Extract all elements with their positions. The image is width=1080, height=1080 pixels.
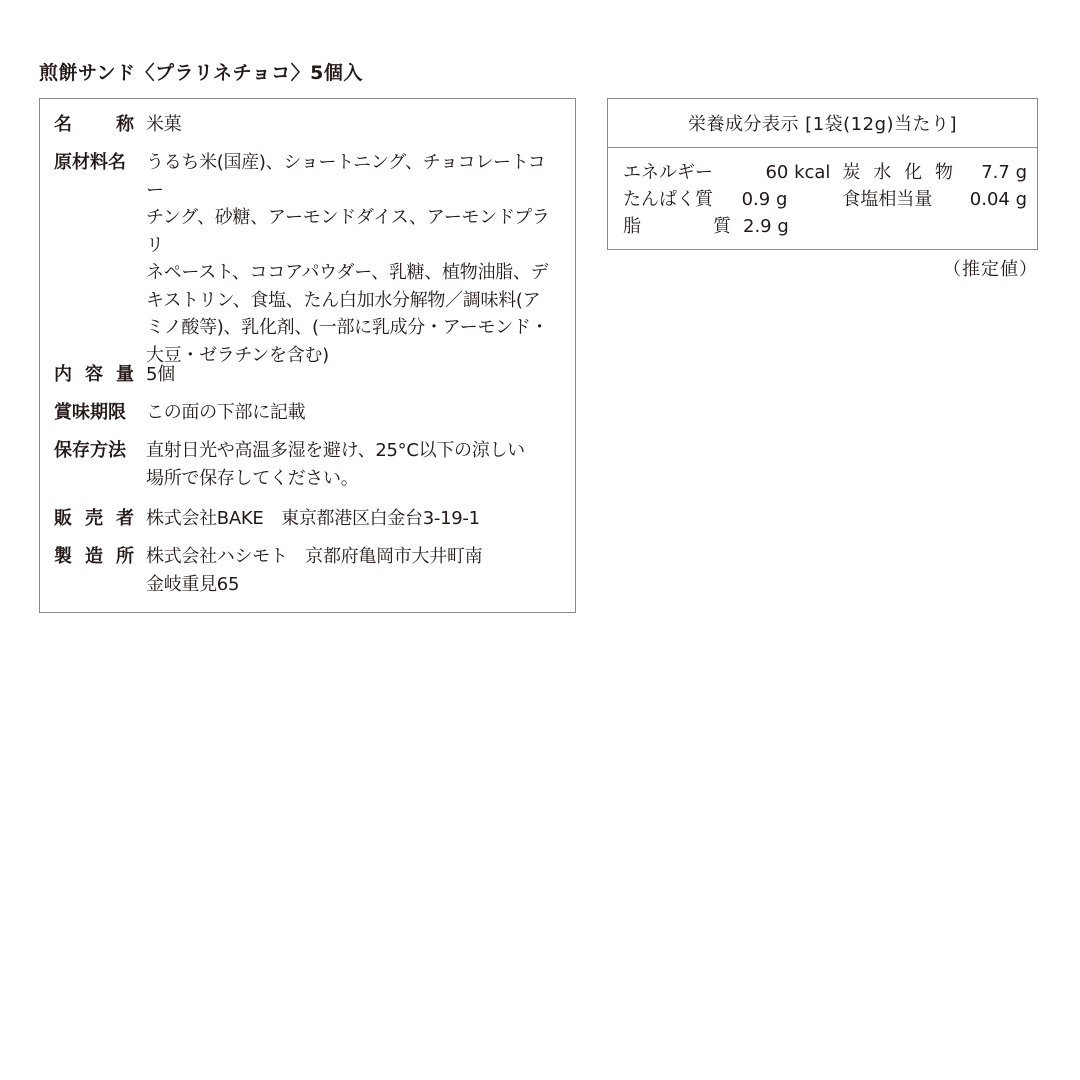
nutrient-label: たんぱく質 <box>623 186 730 213</box>
label-value: 米菓 <box>146 111 563 139</box>
nutrition-row-fat: 脂 質 2.9 g <box>623 213 1027 240</box>
label-key: 賞味期限 <box>54 399 134 427</box>
label-key: 保存方法 <box>54 437 134 492</box>
label-key: 製 造 所 <box>54 543 134 598</box>
nutrient-value: 7.7 g <box>953 159 1027 186</box>
label-row-storage: 保存方法 直射日光や高温多湿を避け、25°C以下の涼しい 場所で保存してください… <box>54 437 563 492</box>
product-title: 煎餅サンド〈プラリネチョコ〉5個入 <box>39 58 363 85</box>
nutrition-row-protein: たんぱく質 0.9 g 食塩相当量 0.04 g <box>623 186 1027 213</box>
nutrient-value: 0.9 g <box>742 186 831 213</box>
label-row-seller: 販 売 者 株式会社BAKE 東京都港区白金台3-19-1 <box>54 505 563 533</box>
label-key: 名 称 <box>54 111 134 139</box>
nutrition-facts-table: 栄養成分表示 [1袋(12g)当たり] エネルギー 60 kcal 炭 水 化 … <box>607 98 1038 250</box>
nutrition-header: 栄養成分表示 [1袋(12g)当たり] <box>608 99 1037 148</box>
nutrient-label: 炭 水 化 物 <box>842 159 953 186</box>
label-value: 株式会社ハシモト 京都府亀岡市大井町南 金岐重見65 <box>146 543 563 598</box>
label-row-name: 名 称 米菓 <box>54 111 563 139</box>
label-value: 5個 <box>146 361 563 389</box>
label-key: 販 売 者 <box>54 505 134 533</box>
label-value: うるち米(国産)、ショートニング、チョコレートコー チング、砂糖、アーモンドダイ… <box>146 149 563 369</box>
label-value: 直射日光や高温多湿を避け、25°C以下の涼しい 場所で保存してください。 <box>146 437 563 492</box>
product-label-table: 名 称 米菓 原材料名 うるち米(国産)、ショートニング、チョコレートコー チン… <box>39 98 576 613</box>
label-key: 原材料名 <box>54 149 134 369</box>
nutrition-body: エネルギー 60 kcal 炭 水 化 物 7.7 g たんぱく質 0.9 g … <box>623 159 1027 240</box>
nutrient-label: 食塩相当量 <box>842 186 953 213</box>
label-row-best-before: 賞味期限 この面の下部に記載 <box>54 399 563 427</box>
nutrient-label: 脂 質 <box>623 213 731 240</box>
estimated-value-note: （推定値） <box>943 255 1038 281</box>
nutrient-label: エネルギー <box>623 159 730 186</box>
nutrient-value: 2.9 g <box>743 213 833 240</box>
nutrient-value: 0.04 g <box>953 186 1027 213</box>
label-value: 株式会社BAKE 東京都港区白金台3-19-1 <box>146 505 563 533</box>
label-row-quantity: 内 容 量 5個 <box>54 361 563 389</box>
label-value: この面の下部に記載 <box>146 399 563 427</box>
label-row-ingredients: 原材料名 うるち米(国産)、ショートニング、チョコレートコー チング、砂糖、アー… <box>54 149 563 369</box>
label-key: 内 容 量 <box>54 361 134 389</box>
nutrient-value: 60 kcal <box>742 159 831 186</box>
label-row-manufacturer: 製 造 所 株式会社ハシモト 京都府亀岡市大井町南 金岐重見65 <box>54 543 563 598</box>
nutrition-row-energy: エネルギー 60 kcal 炭 水 化 物 7.7 g <box>623 159 1027 186</box>
